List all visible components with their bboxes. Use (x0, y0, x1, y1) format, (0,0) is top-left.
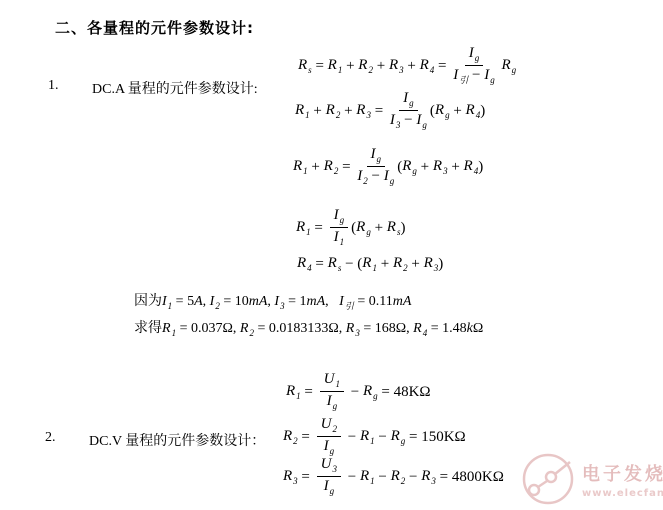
var-base: U (321, 416, 332, 432)
math-op: − (375, 428, 391, 446)
formula-r4: R4 = Rs − (R1 + R2 + R3) (297, 254, 443, 273)
var-subscript: g (490, 75, 495, 85)
var-base: R (295, 102, 304, 118)
math-op: − (344, 468, 360, 486)
var-base: R (387, 219, 396, 235)
math-op: = (312, 255, 328, 273)
math-op: − (405, 468, 421, 486)
fraction-denominator: Ig (324, 437, 335, 456)
var-base: R (297, 255, 306, 271)
var-base: I (210, 294, 215, 309)
formula-r1: R1 = IgI1(Rg + Rs) (296, 208, 405, 247)
var-base: R (433, 158, 442, 174)
fraction: IgI引 − Ig (453, 46, 494, 85)
math-op: ) (480, 102, 485, 120)
fraction-denominator: I引 − Ig (453, 66, 494, 85)
var-subscript: 3 (332, 464, 337, 474)
math-op: + (373, 57, 389, 75)
fraction-numerator: Ig (330, 208, 349, 228)
var-base: I (390, 112, 395, 128)
math-var: Rg (402, 157, 417, 176)
var-subscript: g (330, 446, 335, 456)
var-base: I (324, 438, 329, 454)
math-var: mA (393, 293, 412, 311)
fraction-numerator: Ig (367, 147, 386, 167)
math-var: R4 (420, 56, 435, 75)
math-text: 因为 (134, 293, 162, 311)
math-op: = 0.0183133Ω, (254, 320, 346, 338)
var-base: I (324, 478, 329, 494)
math-op: + (308, 158, 324, 176)
formula-v1: R1 = U1Ig − Rg = 48KΩ (286, 372, 431, 411)
var-base: R (391, 428, 400, 444)
var-base: R (358, 57, 367, 73)
math-op: + (340, 102, 356, 120)
fraction-denominator: Ig (327, 392, 338, 411)
item-number: 2. (45, 430, 89, 450)
math-op: = (311, 219, 327, 237)
math-op: = 168Ω, (360, 320, 413, 338)
math-var: R4 (297, 254, 312, 273)
fraction: U3Ig (317, 457, 341, 496)
math-var: R2 (240, 320, 254, 338)
math-var: R1 (296, 218, 311, 237)
var-base: mA (393, 294, 412, 309)
item-label: DC.V 量程的元件参数设计： (89, 430, 265, 450)
math-op: = (301, 383, 317, 401)
math-op: = (298, 428, 314, 446)
var-subscript: g (377, 154, 382, 164)
math-var: Rg (356, 218, 371, 237)
var-subscript: g (330, 486, 335, 496)
var-base: R (283, 428, 292, 444)
fraction-numerator: U1 (320, 372, 344, 392)
math-var: R1 (360, 427, 375, 446)
fraction-denominator: Ig (324, 477, 335, 496)
math-text: 求得 (134, 320, 162, 338)
math-var: R1 (286, 382, 301, 401)
math-var: U2 (321, 417, 337, 434)
math-var: R4 (464, 157, 479, 176)
math-op: + (408, 255, 424, 273)
var-base: R (356, 102, 365, 118)
math-var: U1 (324, 372, 340, 389)
var-base: I (339, 294, 344, 309)
math-var: R1 (293, 157, 308, 176)
math-op: − (347, 383, 363, 401)
math-op: Ω (473, 320, 483, 338)
var-base: R (324, 158, 333, 174)
watermark: 电子发烧友 www.elecfans.com (521, 452, 663, 506)
math-op: = 1 (285, 293, 307, 311)
math-op: = (371, 102, 387, 120)
var-base: A (194, 294, 203, 309)
math-op: + (448, 158, 464, 176)
math-var: R2 (324, 157, 339, 176)
math-var: Ig (469, 46, 480, 63)
math-op: + (404, 57, 420, 75)
var-base: R (363, 383, 372, 399)
math-op: = 5 (172, 293, 194, 311)
var-base: R (420, 57, 429, 73)
math-op: − (400, 113, 416, 128)
watermark-brand: 电子发烧友 (582, 460, 663, 486)
var-base: R (424, 255, 433, 271)
math-var: Rg (363, 382, 378, 401)
var-subscript: g (333, 401, 338, 411)
var-base: R (501, 57, 510, 73)
math-var: I1 (162, 293, 172, 311)
math-var: I2 (210, 293, 220, 311)
math-var: I引 (339, 293, 354, 311)
fraction-denominator: I1 (334, 228, 345, 247)
var-subscript: g (409, 98, 414, 108)
var-subscript: g (422, 120, 427, 130)
math-op: = (338, 158, 354, 176)
math-var: Ig (416, 113, 427, 130)
fraction-numerator: U3 (317, 457, 341, 477)
math-op: , (325, 293, 339, 311)
math-op: = 1.48 (427, 320, 466, 338)
fraction: U1Ig (320, 372, 344, 411)
math-var: U3 (321, 457, 337, 474)
section-title: 二、各量程的元件参数设计: (55, 17, 254, 38)
list-item-dca: 1. DC.A 量程的元件参数设计: (48, 78, 258, 98)
var-base: I (371, 146, 376, 162)
math-var: R3 (356, 101, 371, 120)
math-var: R3 (421, 467, 436, 486)
math-var: Rs (298, 56, 312, 75)
math-op: + (342, 57, 358, 75)
var-base: R (326, 102, 335, 118)
math-var: Rg (435, 101, 450, 120)
var-subscript: g (512, 65, 517, 75)
watermark-url: www.elecfans.com (582, 488, 663, 499)
math-op: = 10 (220, 293, 249, 311)
math-op: = (312, 57, 328, 75)
formula-v2: R2 = U2Ig − R1 − Rg = 150KΩ (283, 417, 466, 456)
math-op: + (417, 158, 433, 176)
var-base: R (360, 428, 369, 444)
math-op: = 48KΩ (378, 383, 431, 401)
var-base: I (357, 168, 362, 184)
var-subscript: g (475, 53, 480, 63)
math-var: Ig (324, 439, 335, 456)
math-var: Ig (324, 479, 335, 496)
math-var: I3 (274, 293, 284, 311)
var-base: R (464, 158, 473, 174)
math-var: Ig (334, 208, 345, 225)
math-op: + (371, 219, 387, 237)
math-var: R4 (466, 101, 481, 120)
math-op: = 150KΩ (405, 428, 465, 446)
var-subscript: 引 (459, 75, 468, 85)
var-base: U (324, 371, 335, 387)
math-var: Ig (484, 68, 495, 85)
fraction-numerator: Ig (465, 46, 484, 66)
math-var: R2 (358, 56, 373, 75)
math-op: − (368, 169, 384, 184)
math-op: = 0.11 (354, 293, 393, 311)
var-subscript: g (340, 215, 345, 225)
math-op: + (310, 102, 326, 120)
math-var: R3 (424, 254, 439, 273)
var-base: R (298, 57, 307, 73)
math-var: Rs (387, 218, 401, 237)
var-base: I (274, 294, 279, 309)
math-op: = (298, 468, 314, 486)
math-var: R1 (295, 101, 310, 120)
var-subscript: 1 (340, 237, 345, 247)
fraction-numerator: Ig (399, 91, 418, 111)
var-base: R (283, 468, 292, 484)
math-var: R1 (362, 254, 377, 273)
var-base: R (466, 102, 475, 118)
fraction: U2Ig (317, 417, 341, 456)
var-base: I (162, 294, 167, 309)
var-base: R (162, 321, 171, 336)
var-base: R (346, 321, 355, 336)
var-base: mA (249, 294, 268, 309)
math-var: R3 (433, 157, 448, 176)
var-base: R (413, 321, 422, 336)
fraction-denominator: I2 − Ig (357, 167, 394, 186)
math-var: R3 (389, 56, 404, 75)
math-op: − (344, 428, 360, 446)
list-item-dcv: 2. DC.V 量程的元件参数设计： (45, 430, 265, 450)
var-base: R (328, 255, 337, 271)
math-op: = 4800KΩ (436, 468, 504, 486)
var-base: I (327, 393, 332, 409)
math-var: Rg (391, 427, 406, 446)
var-base: mA (306, 294, 325, 309)
var-base: R (293, 158, 302, 174)
math-var: A (194, 293, 203, 311)
var-base: I (469, 45, 474, 61)
math-op: = (434, 57, 450, 75)
math-op: = 0.037Ω, (176, 320, 240, 338)
var-base: R (393, 255, 402, 271)
var-base: R (356, 219, 365, 235)
math-var: I2 (357, 169, 368, 186)
item-number: 1. (48, 78, 92, 98)
math-op: + (377, 255, 393, 273)
var-base: R (435, 102, 444, 118)
formula-r123: R1 + R2 + R3 = IgI3 − Ig(Rg + R4) (295, 91, 485, 130)
var-base: R (402, 158, 411, 174)
var-base: R (296, 219, 305, 235)
math-var: Ig (371, 147, 382, 164)
math-var: R2 (393, 254, 408, 273)
math-op: ) (400, 219, 405, 237)
var-base: I (403, 90, 408, 106)
math-var: Ig (403, 91, 414, 108)
formula-r12: R1 + R2 = IgI2 − Ig(Rg + R3 + R4) (293, 147, 483, 186)
var-base: R (328, 57, 337, 73)
var-base: I (384, 168, 389, 184)
var-base: I (334, 229, 339, 245)
math-var: Rg (501, 56, 516, 75)
fraction: IgI1 (330, 208, 349, 247)
math-var: I3 (390, 113, 401, 130)
var-base: I (416, 112, 421, 128)
fraction: IgI2 − Ig (357, 147, 394, 186)
math-var: mA (249, 293, 268, 311)
line-given-values: 因为I1 = 5A, I2 = 10mA, I3 = 1mA, I引 = 0.1… (134, 293, 411, 311)
var-base: U (321, 456, 332, 472)
math-op: − ( (341, 255, 362, 273)
math-var: R2 (391, 467, 406, 486)
math-var: R1 (360, 467, 375, 486)
math-var: Rs (328, 254, 342, 273)
math-var: R1 (328, 56, 343, 75)
var-base: R (360, 468, 369, 484)
math-op: − (375, 468, 391, 486)
var-base: R (240, 321, 249, 336)
item-label: DC.A 量程的元件参数设计: (92, 78, 258, 98)
var-base: R (421, 468, 430, 484)
math-op: + (450, 102, 466, 120)
math-var: Ig (327, 394, 338, 411)
var-base: I (334, 207, 339, 223)
math-var: R1 (162, 320, 176, 338)
math-var: R4 (413, 320, 427, 338)
math-var: R3 (283, 467, 298, 486)
math-var: mA (306, 293, 325, 311)
var-subscript: 2 (332, 424, 337, 434)
math-op: − (468, 68, 484, 83)
math-op: ) (478, 158, 483, 176)
fraction-denominator: I3 − Ig (390, 111, 427, 130)
math-var: R2 (326, 101, 341, 120)
document-page: 二、各量程的元件参数设计: Rs = R1 + R2 + R3 + R4 = I… (0, 0, 663, 510)
var-subscript: 引 (345, 301, 354, 311)
fraction: IgI3 − Ig (390, 91, 427, 130)
math-op: , (203, 293, 210, 311)
var-base: R (362, 255, 371, 271)
line-solved-values: 求得R1 = 0.037Ω, R2 = 0.0183133Ω, R3 = 168… (134, 320, 483, 338)
math-var: I1 (334, 230, 345, 247)
var-base: I (484, 67, 489, 83)
math-var: R3 (346, 320, 360, 338)
formula-v3: R3 = U3Ig − R1 − R2 − R3 = 4800KΩ (283, 457, 504, 496)
formula-rs-total: Rs = R1 + R2 + R3 + R4 = IgI引 − Ig Rg (298, 46, 516, 85)
var-base: R (286, 383, 295, 399)
var-base: R (391, 468, 400, 484)
var-base: R (389, 57, 398, 73)
elecfans-logo-icon (521, 452, 575, 506)
math-var: R2 (283, 427, 298, 446)
var-subscript: g (390, 176, 395, 186)
fraction-numerator: U2 (317, 417, 341, 437)
math-var: I引 (453, 68, 468, 85)
math-op: ) (438, 255, 443, 273)
watermark-text: 电子发烧友 www.elecfans.com (582, 460, 663, 499)
math-var: Ig (384, 169, 395, 186)
var-subscript: 1 (335, 379, 340, 389)
var-base: I (453, 67, 458, 83)
